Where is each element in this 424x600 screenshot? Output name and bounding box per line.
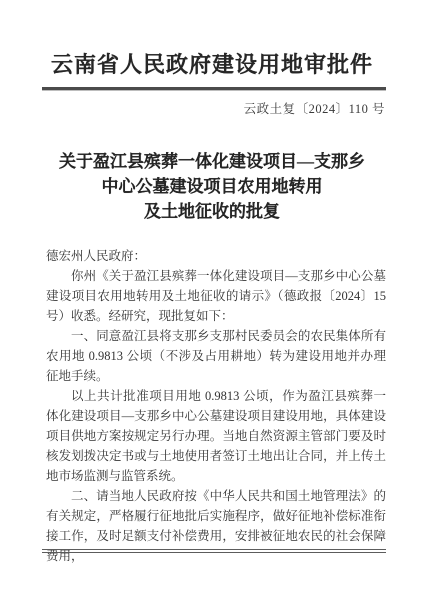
document-title: 关于盈江县殡葬一体化建设项目—支那乡 中心公墓建设项目农用地转用 及土地征收的批… <box>20 149 404 224</box>
title-line-3: 及土地征收的批复 <box>20 199 404 224</box>
paragraph-2: 一、同意盈江县将支那乡支那村民委员会的农民集体所有农用地 0.9813 公顷（不… <box>46 326 386 386</box>
document-header-title: 云南省人民政府建设用地审批件 <box>0 48 424 79</box>
title-line-2: 中心公墓建设项目农用地转用 <box>20 174 404 199</box>
title-line-1: 关于盈江县殡葬一体化建设项目—支那乡 <box>20 149 404 174</box>
salutation: 德宏州人民政府： <box>46 246 386 266</box>
doc-number: 云政土复〔2024〕110 号 <box>244 99 385 117</box>
document-page: 云南省人民政府建设用地审批件 云政土复〔2024〕110 号 关于盈江县殡葬一体… <box>0 0 424 600</box>
document-body: 德宏州人民政府： 你州《关于盈江县殡葬一体化建设项目—支那乡中心公墓建设项目农用… <box>46 246 386 566</box>
paragraph-1: 你州《关于盈江县殡葬一体化建设项目—支那乡中心公墓建设项目农用地转用及土地征收的… <box>46 266 386 326</box>
paragraph-4: 二、请当地人民政府按《中华人民共和国土地管理法》的有关规定，严格履行征地批后实施… <box>46 486 386 566</box>
header-rule <box>42 87 386 90</box>
paragraph-3: 以上共计批准项目用地 0.9813 公顷，作为盈江县殡葬一体化建设项目—支那乡中… <box>46 386 386 486</box>
footer-rule <box>42 549 386 553</box>
